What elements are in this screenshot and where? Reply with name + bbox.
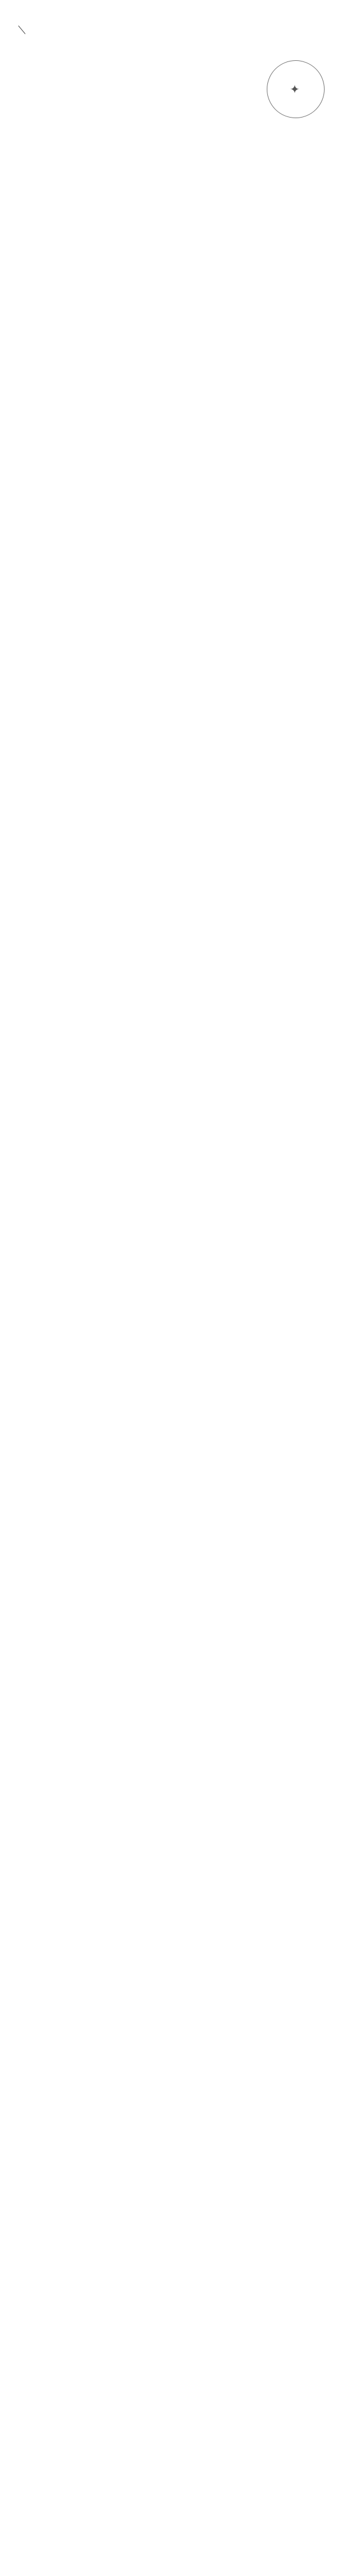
scan-mark (18, 25, 25, 34)
contract-page-1: ✦ (0, 0, 360, 396)
eagle-icon: ✦ (290, 82, 300, 97)
notary-stamp: ✦ (267, 60, 325, 118)
